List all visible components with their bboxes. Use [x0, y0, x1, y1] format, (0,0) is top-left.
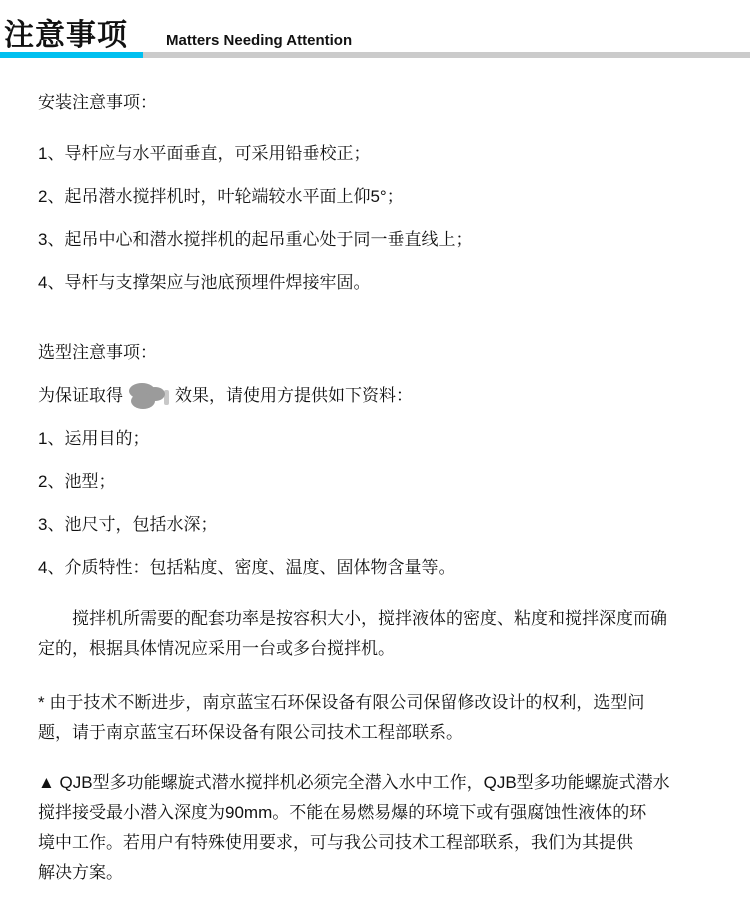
selection-intro-after: 效果，请使用方提供如下资料： — [175, 386, 413, 405]
install-item-4: 4、导杆与支撑架应与池底预埋件焊接牢固。 — [38, 273, 720, 293]
power-note: 搅拌机所需要的配套功率是按容积大小，搅拌液体的密度、粘度和搅拌深度而确 定的，根… — [38, 604, 720, 664]
smudge-blob — [128, 381, 174, 411]
triangle-note: ▲ QJB型多功能螺旋式潜水搅拌机必须完全潜入水中工作，QJB型多功能螺旋式潜水… — [38, 768, 720, 888]
selection-intro: 为保证取得效果，请使用方提供如下资料： — [38, 386, 720, 406]
selection-item-2: 2、池型； — [38, 472, 720, 492]
selection-item-4: 4、介质特性：包括粘度、密度、温度、固体物含量等。 — [38, 558, 720, 578]
content: 安装注意事项： 1、导杆应与水平面垂直，可采用铅垂校正； 2、起吊潜水搅拌机时，… — [38, 93, 720, 888]
triangle-note-line: 境中工作。若用户有特殊使用要求，可与我公司技术工程部联系，我们为其提供 — [38, 828, 720, 858]
install-section-heading: 安装注意事项： — [38, 93, 720, 113]
page-title-en: Matters Needing Attention — [166, 32, 352, 52]
page-header: 注意事项 Matters Needing Attention — [0, 0, 750, 52]
header-divider-accent — [0, 52, 143, 58]
power-note-line: 定的，根据具体情况应采用一台或多台搅拌机。 — [38, 634, 720, 664]
star-note-line: * 由于技术不断进步，南京蓝宝石环保设备有限公司保留修改设计的权利，选型问 — [38, 688, 720, 718]
header-divider — [0, 52, 750, 58]
power-note-line: 搅拌机所需要的配套功率是按容积大小，搅拌液体的密度、粘度和搅拌深度而确 — [38, 604, 720, 634]
install-item-2: 2、起吊潜水搅拌机时，叶轮端较水平面上仰5°； — [38, 187, 720, 207]
page-title-cn: 注意事项 — [4, 20, 128, 52]
triangle-note-line: 搅拌接受最小潜入深度为90mm。不能在易燃易爆的环境下或有强腐蚀性液体的环 — [38, 798, 720, 828]
selection-intro-before: 为保证取得 — [38, 386, 123, 405]
triangle-note-line: 解决方案。 — [38, 858, 720, 888]
install-item-3: 3、起吊中心和潜水搅拌机的起吊重心处于同一垂直线上； — [38, 230, 720, 250]
star-note-line: 题，请于南京蓝宝石环保设备有限公司技术工程部联系。 — [38, 718, 720, 748]
triangle-note-line: ▲ QJB型多功能螺旋式潜水搅拌机必须完全潜入水中工作，QJB型多功能螺旋式潜水 — [38, 768, 720, 798]
selection-section-heading: 选型注意事项： — [38, 343, 720, 363]
page: 注意事项 Matters Needing Attention 安装注意事项： 1… — [0, 0, 750, 900]
selection-item-1: 1、运用目的； — [38, 429, 720, 449]
install-item-1: 1、导杆应与水平面垂直，可采用铅垂校正； — [38, 144, 720, 164]
star-note: * 由于技术不断进步，南京蓝宝石环保设备有限公司保留修改设计的权利，选型问 题，… — [38, 688, 720, 748]
selection-item-3: 3、池尺寸，包括水深； — [38, 515, 720, 535]
